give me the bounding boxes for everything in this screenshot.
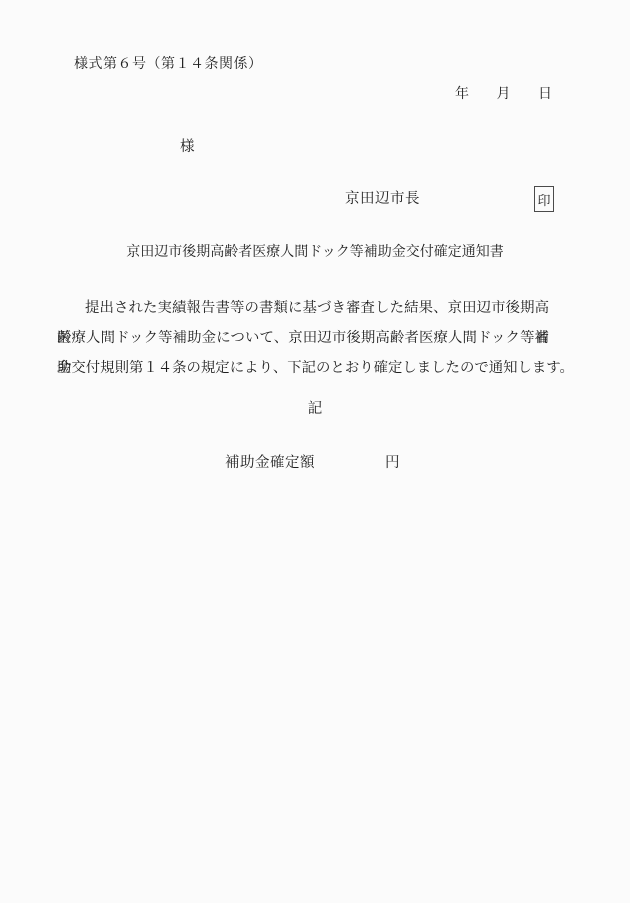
form-number: 様式第６号（第１４条関係） xyxy=(74,57,263,73)
seal-box: 印 xyxy=(534,186,554,212)
body-line-2: 医療人間ドック等補助金について、京田辺市後期高齢者医療人間ドック等補助 xyxy=(57,323,549,353)
date-year-label: 年 xyxy=(455,87,469,103)
body-line-3: 金交付規則第１４条の規定により、下記のとおり確定しましたので通知します。 xyxy=(57,353,549,383)
record-marker: 記 xyxy=(0,401,630,417)
date-month-label: 月 xyxy=(497,87,511,103)
body-paragraph: 提出された実績報告書等の書類に基づき審査した結果、京田辺市後期高齢者 医療人間ド… xyxy=(57,293,549,383)
amount-label: 補助金確定額 xyxy=(225,455,315,471)
seal-label: 印 xyxy=(537,190,550,209)
date-day-label: 日 xyxy=(538,87,552,103)
document-title: 京田辺市後期高齢者医療人間ドック等補助金交付確定通知書 xyxy=(0,245,630,261)
date-line: 年 月 日 xyxy=(455,87,552,103)
addressee-honorific: 様 xyxy=(180,139,195,155)
body-line-1: 提出された実績報告書等の書類に基づき審査した結果、京田辺市後期高齢者 xyxy=(57,293,549,323)
sender-title: 京田辺市長 xyxy=(345,191,420,207)
amount-unit-yen: 円 xyxy=(385,455,400,471)
document-page: 様式第６号（第１４条関係） 年 月 日 様 京田辺市長 印 京田辺市後期高齢者医… xyxy=(0,0,630,903)
